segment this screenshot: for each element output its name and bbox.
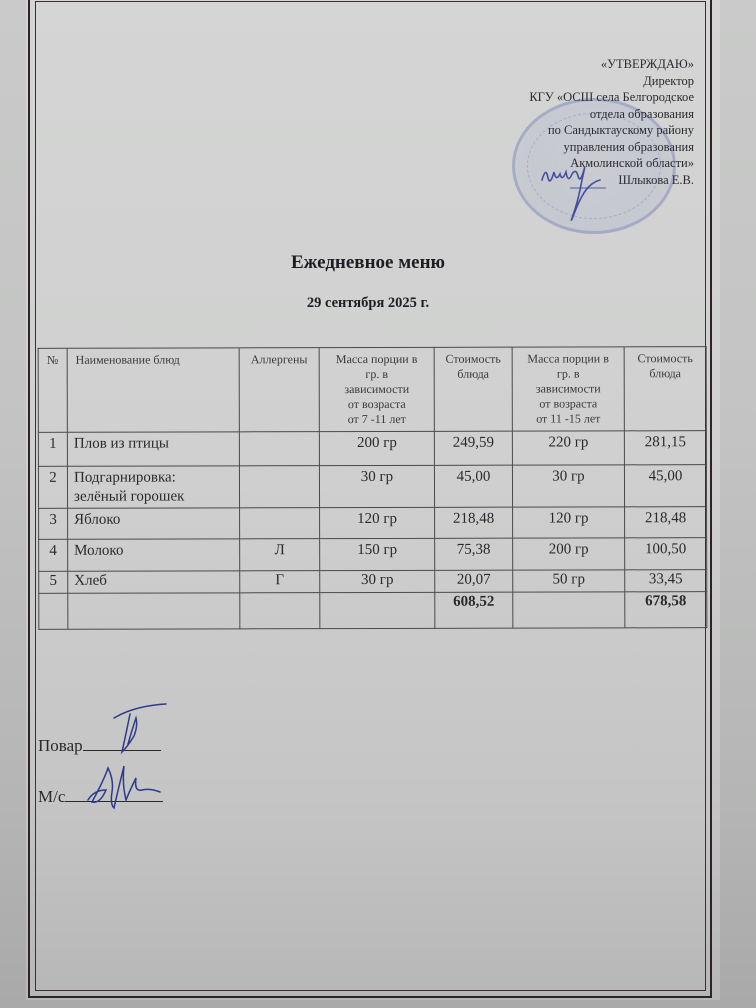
mass-7-11: 150 гр <box>320 538 435 570</box>
empty-cell <box>240 593 320 629</box>
menu-table: № Наименование блюд Аллергены Масса порц… <box>38 346 708 630</box>
header-line: блюда <box>628 366 703 381</box>
dish-allergens <box>239 466 319 508</box>
dish-name: Подгарнировка: зелёный горошек <box>67 466 239 508</box>
approval-heading: «УТВЕРЖДАЮ» <box>454 56 694 73</box>
approval-org-line-4: управления образования <box>454 139 694 156</box>
dish-allergens <box>240 508 320 539</box>
header-line: от возраста <box>516 396 621 411</box>
cost-7-11: 20,07 <box>435 570 513 592</box>
dish-name: Молоко <box>68 539 240 571</box>
approval-org-line-1: КГУ «ОСШ села Белгородское <box>454 89 694 106</box>
dish-allergens: Г <box>240 571 320 593</box>
cost-11-15: 100,50 <box>625 538 707 570</box>
document-title: Ежедневное меню <box>0 252 736 274</box>
row-number: 1 <box>38 432 67 466</box>
header-line: зависимости <box>323 382 431 397</box>
row-number: 5 <box>39 571 68 593</box>
dish-allergens <box>239 432 319 466</box>
mass-7-11: 120 гр <box>320 507 435 538</box>
dish-name-line-1: Подгарнировка: <box>74 468 236 487</box>
mass-11-15: 30 гр <box>512 465 624 507</box>
header-cost-11-15: Стоимость блюда <box>624 347 706 431</box>
header-line: Стоимость <box>438 352 509 367</box>
dish-name: Плов из птицы <box>67 432 239 466</box>
header-dish-name: Наименование блюд <box>67 348 239 432</box>
cost-7-11: 249,59 <box>434 431 512 465</box>
dish-allergens: Л <box>240 539 320 571</box>
mass-7-11: 30 гр <box>319 465 434 507</box>
header-line: блюда <box>438 367 509 382</box>
mass-7-11: 200 гр <box>319 431 434 465</box>
table-totals-row: 608,52 678,58 <box>39 592 707 630</box>
row-number: 2 <box>38 466 67 508</box>
table-row: 4 Молоко Л 150 гр 75,38 200 гр 100,50 <box>39 538 707 572</box>
empty-cell <box>39 593 68 629</box>
header-line: гр. в <box>323 367 431 382</box>
dish-name-line-2: зелёный горошек <box>74 487 236 506</box>
director-signature-icon <box>540 158 610 228</box>
header-mass-11-15: Масса порции в гр. в зависимости от возр… <box>512 347 624 431</box>
header-line: Масса порции в <box>516 351 621 366</box>
empty-cell <box>68 593 240 629</box>
header-allergens: Аллергены <box>239 348 319 432</box>
cost-11-15: 218,48 <box>625 507 707 538</box>
total-cost-7-11: 608,52 <box>435 592 513 628</box>
cost-11-15: 281,15 <box>624 431 706 465</box>
header-line: зависимости <box>516 381 621 396</box>
table-row: 1 Плов из птицы 200 гр 249,59 220 гр 281… <box>38 431 706 467</box>
cost-11-15: 45,00 <box>624 465 706 507</box>
header-line: от возраста <box>323 397 431 412</box>
cost-7-11: 75,38 <box>435 538 513 570</box>
empty-cell <box>513 592 625 628</box>
cost-7-11: 45,00 <box>434 465 512 507</box>
mass-7-11: 30 гр <box>320 570 435 592</box>
approval-org-line-2: отдела образования <box>454 106 694 123</box>
table-row: 5 Хлеб Г 30 гр 20,07 50 гр 33,45 <box>39 570 707 594</box>
header-line: от 7 -11 лет <box>323 412 431 427</box>
approval-position: Директор <box>454 73 694 90</box>
table-row: 2 Подгарнировка: зелёный горошек 30 гр 4… <box>38 465 706 509</box>
mass-11-15: 120 гр <box>513 507 625 538</box>
table-header-row: № Наименование блюд Аллергены Масса порц… <box>38 347 706 433</box>
header-number: № <box>38 348 67 432</box>
nurse-label: М/с <box>38 787 65 806</box>
row-number: 3 <box>39 508 68 539</box>
header-mass-7-11: Масса порции в гр. в зависимости от возр… <box>319 347 434 431</box>
dish-name: Яблоко <box>68 508 240 539</box>
document-date: 29 сентября 2025 г. <box>0 295 736 312</box>
table-row: 3 Яблоко 120 гр 218,48 120 гр 218,48 <box>39 507 707 540</box>
approval-org-line-3: по Сандыктаускому району <box>454 122 694 139</box>
dish-name: Хлеб <box>68 571 240 593</box>
mass-11-15: 200 гр <box>513 538 625 570</box>
header-line: от 11 -15 лет <box>516 411 621 426</box>
total-cost-11-15: 678,58 <box>625 592 707 628</box>
header-line: Масса порции в <box>323 352 431 367</box>
empty-cell <box>320 592 435 628</box>
row-number: 4 <box>39 539 68 571</box>
header-cost-7-11: Стоимость блюда <box>434 347 512 431</box>
nurse-signature-icon <box>84 760 164 810</box>
cost-7-11: 218,48 <box>435 507 513 538</box>
mass-11-15: 50 гр <box>513 570 625 592</box>
cook-label: Повар <box>38 736 83 755</box>
header-line: гр. в <box>516 366 621 381</box>
header-line: Стоимость <box>628 351 703 366</box>
cook-signature-icon <box>108 700 168 758</box>
mass-11-15: 220 гр <box>512 431 624 465</box>
cost-11-15: 33,45 <box>625 570 707 592</box>
